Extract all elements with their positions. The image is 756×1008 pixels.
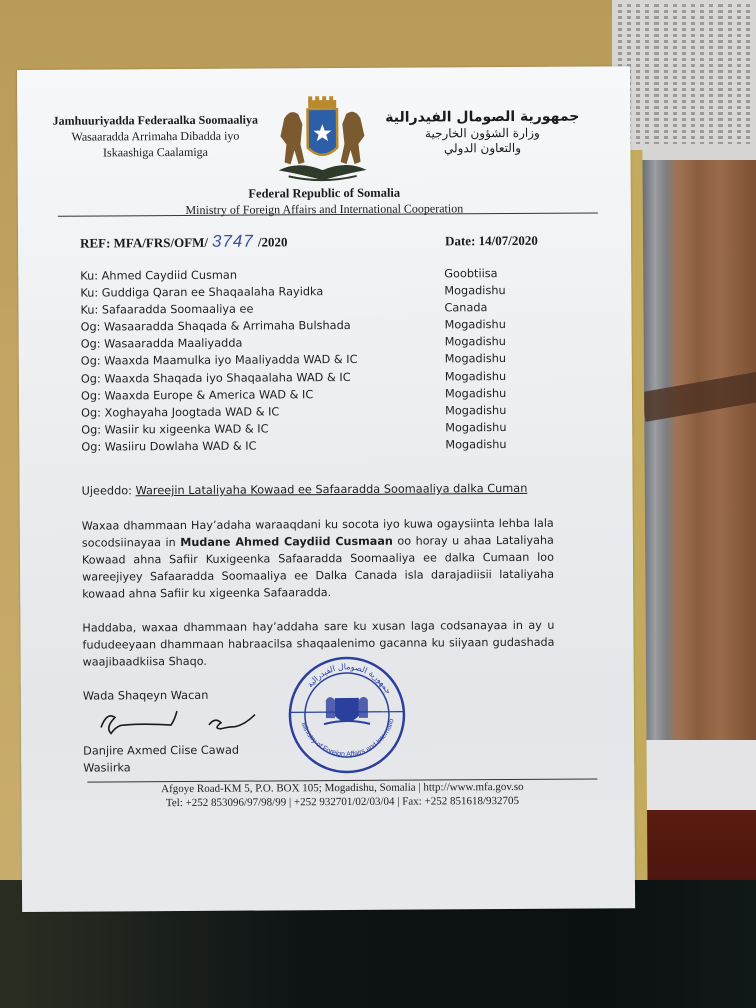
recipient-location: Mogadishu [445, 316, 506, 333]
recipient-list: Ku: Ahmed Caydiid CusmanGoobtiisa Ku: Gu… [80, 265, 551, 456]
letterhead-arabic: جمهورية الصومال الفيدرالية وزارة الشؤون … [372, 108, 592, 155]
background-paper-stack [640, 740, 756, 813]
handwritten-signature-icon [89, 704, 269, 741]
letter-document: Jamhuuriyadda Federaalka Soomaaliya Wasa… [17, 66, 635, 912]
letter-date: Date: 14/07/2020 [445, 233, 538, 250]
recipient-name: Og: Waaxda Maamulka iyo Maaliyadda WAD &… [81, 351, 445, 370]
letterhead-arabic-line-3: والتعاون الدولي [372, 140, 592, 155]
official-ministry-stamp-icon: Ministry of Foreign Affairs and Internat… [286, 654, 409, 777]
letterhead-somali-line-1: Jamhuuriyadda Federaalka Soomaaliya [45, 112, 265, 128]
reference-prefix: REF: MFA/FRS/OFM/ [80, 235, 208, 251]
recipient-location: Mogadishu [445, 419, 506, 436]
reference-suffix: /2020 [258, 234, 288, 249]
recipient-row: Og: Wasiiru Dowlaha WAD & ICMogadishu [81, 436, 551, 456]
reference-number: REF: MFA/FRS/OFM/3747/2020 [80, 231, 288, 252]
subject-label: Ujeeddo: [82, 484, 136, 497]
signer-block: Danjire Axmed Ciise Cawad Wasiirka [83, 742, 239, 777]
letterhead-arabic-line-1: جمهورية الصومال الفيدرالية [372, 108, 592, 125]
reference-handwritten-number: 3747 [212, 232, 254, 251]
signer-title: Wasiirka [83, 759, 239, 777]
recipient-name: Og: Wasaaradda Shaqada & Arrimaha Bulsha… [81, 317, 445, 336]
recipient-name: Og: Waaxda Shaqada iyo Shaqaalaha WAD & … [81, 368, 445, 387]
recipient-name: Og: Xoghayaha Joogtada WAD & IC [81, 402, 445, 421]
recipient-location: Goobtiisa [444, 265, 497, 282]
body-bold-name: Mudane Ahmed Caydiid Cusmaan [180, 535, 393, 549]
recipient-name: Og: Wasaaradda Maaliyadda [81, 334, 445, 353]
letterhead-somali-line-3: Iskaashiga Caalamiga [45, 144, 265, 160]
background-book-page [612, 0, 756, 160]
closing-greeting: Wada Shaqeyn Wacan [83, 689, 209, 703]
recipient-location: Mogadishu [445, 368, 506, 385]
subject-line: Ujeeddo: Wareejin Lataliyaha Kowaad ee S… [82, 482, 528, 498]
letterhead-somali: Jamhuuriyadda Federaalka Soomaaliya Wasa… [45, 112, 265, 160]
recipient-location: Mogadishu [445, 402, 506, 419]
recipient-name: Ku: Guddiga Qaran ee Shaqaalaha Rayidka [80, 282, 444, 301]
recipient-name: Og: Waaxda Europe & America WAD & IC [81, 385, 445, 404]
recipient-location: Mogadishu [445, 436, 506, 453]
recipient-location: Canada [444, 299, 487, 316]
recipient-name: Ku: Safaaradda Soomaaliya ee [80, 300, 444, 319]
recipient-location: Mogadishu [445, 350, 506, 367]
letterhead-arabic-line-2: وزارة الشؤون الخارجية [372, 125, 592, 140]
subject-title: Wareejin Lataliyaha Kowaad ee Safaaradda… [136, 482, 528, 497]
letterhead-somali-line-2: Wasaaradda Arrimaha Dibadda iyo [45, 128, 265, 144]
body-paragraph-1: Waxaa dhammaan Hay’adaha waraaqdani ku s… [82, 515, 555, 603]
recipient-location: Mogadishu [444, 282, 505, 299]
recipient-name: Og: Wasiiru Dowlaha WAD & IC [81, 436, 445, 455]
recipient-name: Og: Wasiir ku xigeenka WAD & IC [81, 419, 445, 438]
recipient-name: Ku: Ahmed Caydiid Cusman [80, 265, 444, 284]
recipient-location: Mogadishu [445, 333, 506, 350]
recipient-location: Mogadishu [445, 385, 506, 402]
signer-name: Danjire Axmed Ciise Cawad [83, 742, 239, 760]
footer: Afgoye Road-KM 5, P.O. BOX 105; Mogadish… [87, 780, 597, 810]
background-wood-surface [640, 810, 756, 890]
somalia-coat-of-arms-icon [270, 96, 375, 187]
